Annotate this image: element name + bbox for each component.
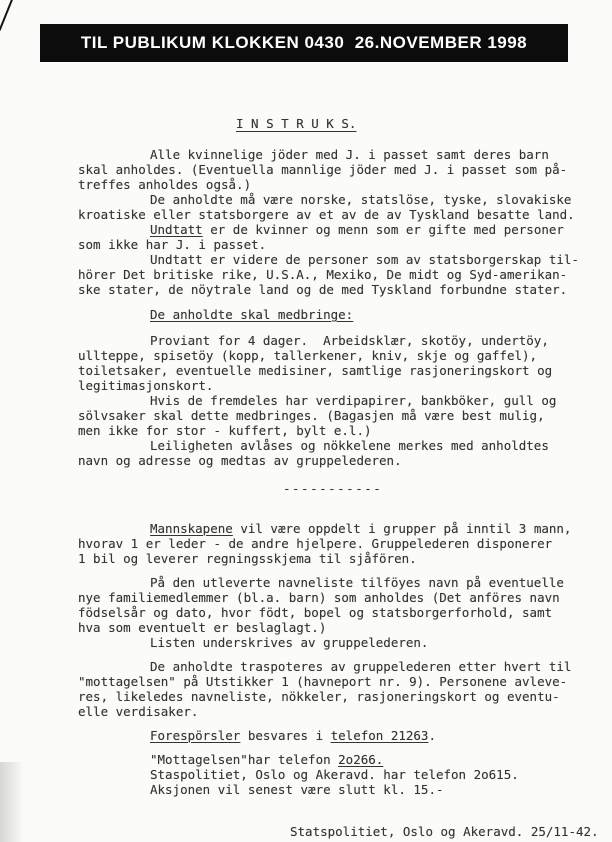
text-segment: 1 bil og leverer regningsskjema til sjåf…	[78, 551, 417, 566]
text-segment: kroatiske eller statsborgere av et av de…	[78, 207, 575, 222]
text-segment: treffes anholdes også.)	[78, 177, 251, 192]
signature-line: Statspolitiet, Oslo og Akeravd. 25/11-42…	[78, 824, 578, 839]
underlined-text: 2o266.	[338, 752, 383, 767]
underlined-text: Mannskapene	[150, 521, 233, 536]
document-line: sölvsaker skal dette medbringes. (Bagasj…	[78, 408, 578, 423]
document-line: navn og adresse og medtas av gruppeleder…	[78, 453, 578, 468]
document-line: hva som eventuelt er beslaglagt.)	[78, 620, 578, 635]
document-content: I N S T R U K S. Alle kvinnelige jöder m…	[78, 116, 578, 839]
paragraph-block: "Mottagelsen"har telefon 2o266.Staspolit…	[78, 752, 578, 797]
text-segment: ullteppe, spisetöy (kopp, tallerkener, k…	[78, 348, 537, 363]
document-line: som ikke har J. i passet.	[78, 237, 578, 252]
heading-block: De anholdte skal medbringe:	[78, 307, 578, 322]
text-segment: navn og adresse og medtas av gruppeleder…	[78, 453, 402, 468]
text-segment: På den utleverte navneliste tilföyes nav…	[150, 575, 564, 590]
underlined-text: Forespörsler	[150, 728, 240, 743]
text-segment: Hvis de fremdeles har verdipapirer, bank…	[150, 393, 556, 408]
document-line: ullteppe, spisetöy (kopp, tallerkener, k…	[78, 348, 578, 363]
text-segment: födselsår og dato, hvor födt, bopel og s…	[78, 605, 552, 620]
text-segment: hva som eventuelt er beslaglagt.)	[78, 620, 326, 635]
document-line: Hvis de fremdeles har verdipapirer, bank…	[78, 393, 578, 408]
document-line: 1 bil og leverer regningsskjema til sjåf…	[78, 551, 578, 566]
document-line: hvorav 1 er leder - de andre hjelpere. G…	[78, 536, 578, 551]
text-segment: Aksjonen vil senest være slutt kl. 15.-	[150, 782, 444, 797]
corner-scan-mark	[0, 0, 15, 31]
banner-text: TIL PUBLIKUM KLOKKEN 0430 26.NOVEMBER 19…	[81, 33, 527, 53]
document-line: På den utleverte navneliste tilföyes nav…	[78, 575, 578, 590]
bottom-edge-shade	[0, 762, 24, 842]
scanned-document-page: TIL PUBLIKUM KLOKKEN 0430 26.NOVEMBER 19…	[0, 0, 612, 842]
text-segment: "Mottagelsen"har telefon	[150, 752, 338, 767]
document-line: Aksjonen vil senest være slutt kl. 15.-	[78, 782, 578, 797]
paragraph-block: Leiligheten avlåses og nökkelene merkes …	[78, 438, 578, 468]
text-segment: De anholdte traspoteres av gruppelederen…	[150, 659, 571, 674]
text-segment: res, likeledes navneliste, nökkeler, ras…	[78, 689, 560, 704]
text-segment: skal anholdes. (Eventuella mannlige jöde…	[78, 162, 567, 177]
text-segment: Alle kvinnelige jöder med J. i passet sa…	[150, 147, 549, 162]
text-segment: Staspolitiet, Oslo og Akeravd. har telef…	[150, 767, 519, 782]
header-banner: TIL PUBLIKUM KLOKKEN 0430 26.NOVEMBER 19…	[40, 24, 568, 62]
text-segment: besvares i	[240, 728, 330, 743]
document-line: ske stater, de nöytrale land og de med T…	[78, 282, 578, 297]
text-segment: "mottagelsen" på Utstikker 1 (havneport …	[78, 674, 567, 689]
document-body: Alle kvinnelige jöder med J. i passet sa…	[78, 147, 578, 797]
text-segment: men ikke for stor - kuffert, bylt e.l.)	[78, 423, 372, 438]
paragraph-block: Forespörsler besvares i telefon 21263.	[78, 728, 578, 743]
underlined-text: De anholdte skal medbringe:	[150, 307, 353, 322]
paragraph-block: De anholdte må være norske, statslöse, t…	[78, 192, 578, 222]
text-segment: vil være oppdelt i grupper på inntil 3 m…	[233, 521, 572, 536]
document-line: Listen underskrives av gruppelederen.	[78, 635, 578, 650]
document-line: "mottagelsen" på Utstikker 1 (havneport …	[78, 674, 578, 689]
separator-block: -----------	[78, 481, 578, 496]
paragraph-block: Undtatt er videre de personer som av sta…	[78, 252, 578, 297]
text-segment: ske stater, de nöytrale land og de med T…	[78, 282, 567, 297]
document-line: födselsår og dato, hvor födt, bopel og s…	[78, 605, 578, 620]
underlined-text: telefon 21263	[331, 728, 429, 743]
text-segment: Proviant for 4 dager. Arbeidsklær, skotö…	[150, 333, 549, 348]
text-segment: toiletsaker, eventuelle medisiner, samtl…	[78, 363, 552, 378]
document-line: res, likeledes navneliste, nökkeler, ras…	[78, 689, 578, 704]
document-line: Mannskapene vil være oppdelt i grupper p…	[78, 521, 578, 536]
document-line: De anholdte traspoteres av gruppelederen…	[78, 659, 578, 674]
document-line: Alle kvinnelige jöder med J. i passet sa…	[78, 147, 578, 162]
document-line: nye familiemedlemmer (bl.a. barn) som an…	[78, 590, 578, 605]
text-segment: hvorav 1 er leder - de andre hjelpere. G…	[78, 536, 552, 551]
document-line: kroatiske eller statsborgere av et av de…	[78, 207, 578, 222]
document-line: treffes anholdes også.)	[78, 177, 578, 192]
underlined-text: Undtatt	[150, 222, 203, 237]
text-segment: Leiligheten avlåses og nökkelene merkes …	[150, 438, 549, 453]
document-line: legitimasjonskort.	[78, 378, 578, 393]
text-segment: nye familiemedlemmer (bl.a. barn) som an…	[78, 590, 560, 605]
paragraph-block: De anholdte traspoteres av gruppelederen…	[78, 659, 578, 719]
text-segment: som ikke har J. i passet.	[78, 237, 266, 252]
document-line: "Mottagelsen"har telefon 2o266.	[78, 752, 578, 767]
paragraph-block: Undtatt er de kvinner og menn som er gif…	[78, 222, 578, 252]
paragraph-block: Proviant for 4 dager. Arbeidsklær, skotö…	[78, 333, 578, 393]
document-line: toiletsaker, eventuelle medisiner, samtl…	[78, 363, 578, 378]
document-line: men ikke for stor - kuffert, bylt e.l.)	[78, 423, 578, 438]
document-line: skal anholdes. (Eventuella mannlige jöde…	[78, 162, 578, 177]
document-line: Staspolitiet, Oslo og Akeravd. har telef…	[78, 767, 578, 782]
text-segment: er de kvinner og menn som er gifte med p…	[203, 222, 564, 237]
text-segment: hörer Det britiske rike, U.S.A., Mexiko,…	[78, 267, 567, 282]
text-segment: legitimasjonskort.	[78, 378, 213, 393]
document-line: De anholdte må være norske, statslöse, t…	[78, 192, 578, 207]
document-line: Leiligheten avlåses og nökkelene merkes …	[78, 438, 578, 453]
text-segment: elle verdisaker.	[78, 704, 198, 719]
document-line: Proviant for 4 dager. Arbeidsklær, skotö…	[78, 333, 578, 348]
document-line: hörer Det britiske rike, U.S.A., Mexiko,…	[78, 267, 578, 282]
text-segment: De anholdte må være norske, statslöse, t…	[150, 192, 571, 207]
document-line: elle verdisaker.	[78, 704, 578, 719]
text-segment: Undtatt er videre de personer som av sta…	[150, 252, 579, 267]
text-segment: sölvsaker skal dette medbringes. (Bagasj…	[78, 408, 545, 423]
document-line: Undtatt er videre de personer som av sta…	[78, 252, 578, 267]
paragraph-block: Hvis de fremdeles har verdipapirer, bank…	[78, 393, 578, 438]
document-line: Forespörsler besvares i telefon 21263.	[78, 728, 578, 743]
text-segment: Listen underskrives av gruppelederen.	[150, 635, 428, 650]
document-title: I N S T R U K S.	[236, 116, 356, 131]
document-line: Undtatt er de kvinner og menn som er gif…	[78, 222, 578, 237]
text-segment: .	[428, 728, 436, 743]
paragraph-block: På den utleverte navneliste tilföyes nav…	[78, 575, 578, 650]
paragraph-block: Mannskapene vil være oppdelt i grupper p…	[78, 521, 578, 566]
paragraph-block: Alle kvinnelige jöder med J. i passet sa…	[78, 147, 578, 192]
document-line: De anholdte skal medbringe:	[78, 307, 578, 322]
